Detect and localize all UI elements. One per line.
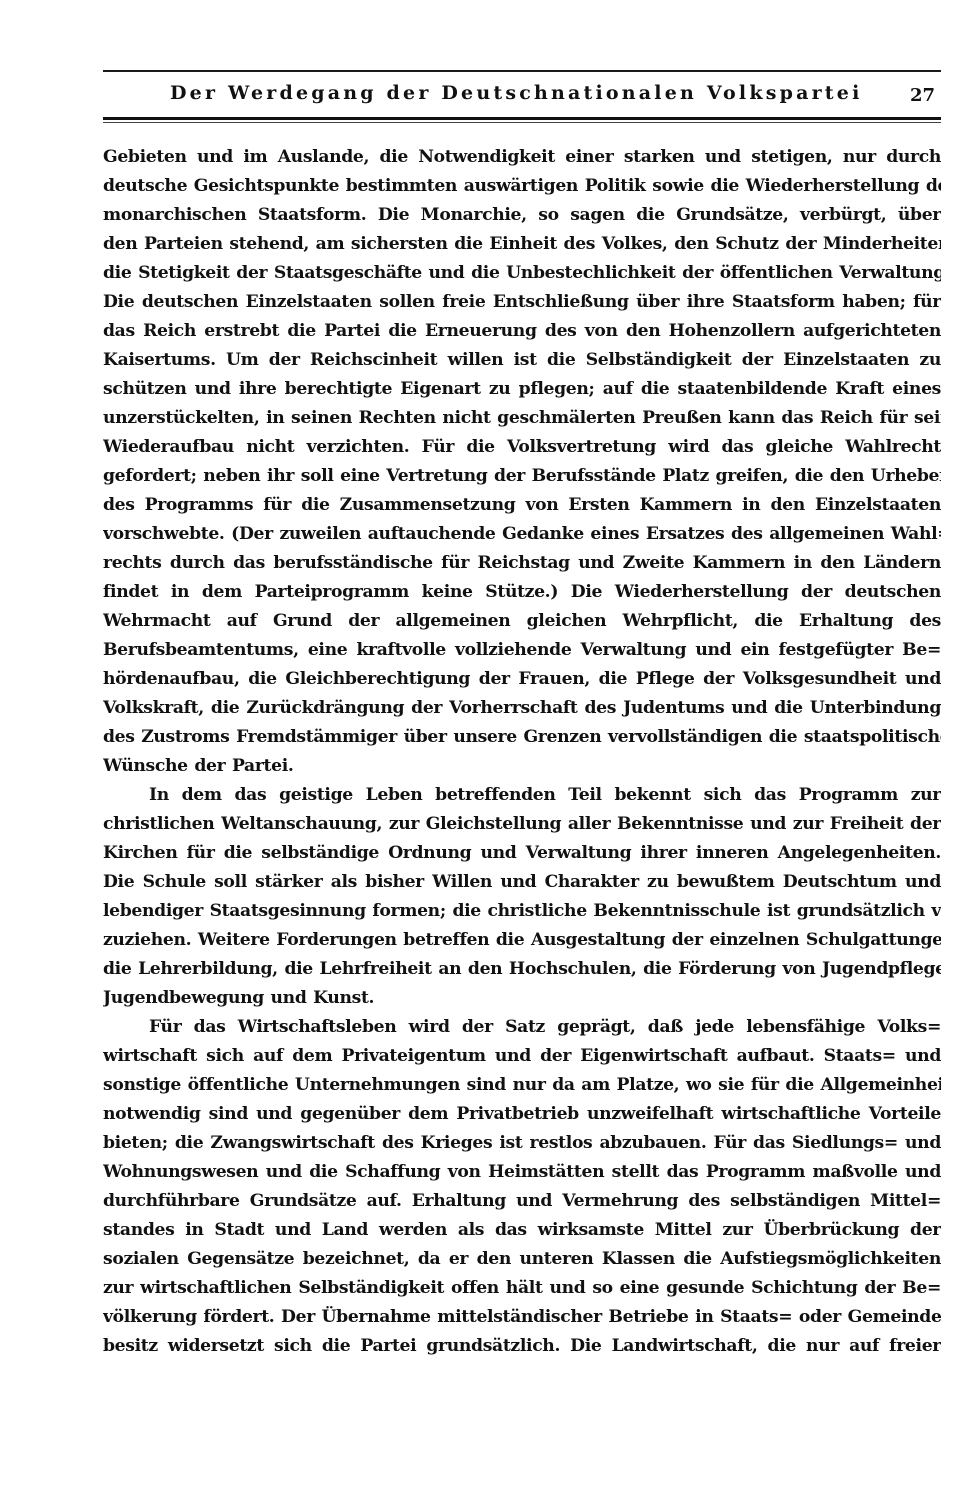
paragraph-3: Für das Wirtschaftsleben wird der Satz g… (103, 1013, 941, 1361)
body-text: Gebieten und im Auslande, die Notwendigk… (103, 143, 941, 1361)
text-line: Berufsbeamtentums, eine kraftvolle vollz… (103, 636, 941, 665)
text-line: vorschwebte. (Der zuweilen auftauchende … (103, 520, 941, 549)
text-line: Wehrmacht auf Grund der allgemeinen glei… (103, 607, 941, 636)
text-line: bieten; die Zwangswirtschaft des Krieges… (103, 1129, 941, 1158)
text-line: besitz widersetzt sich die Partei grunds… (103, 1332, 941, 1361)
paragraph-1: Gebieten und im Auslande, die Notwendigk… (103, 143, 941, 781)
text-line: monarchischen Staatsform. Die Monarchie,… (103, 201, 941, 230)
text-line: durchführbare Grundsätze auf. Erhaltung … (103, 1187, 941, 1216)
text-line: Wohnungswesen und die Schaffung von Heim… (103, 1158, 941, 1187)
running-title: Der Werdegang der Deutschnationalen Volk… (170, 82, 862, 104)
text-line: notwendig sind und gegenüber dem Privatb… (103, 1100, 941, 1129)
text-line: Die deutschen Einzelstaaten sollen freie… (103, 288, 941, 317)
header-bottom-rule-thick (103, 117, 941, 120)
text-line: christlichen Weltanschauung, zur Gleichs… (103, 810, 941, 839)
text-line: den Parteien stehend, am sichersten die … (103, 230, 941, 259)
text-line: zur wirtschaftlichen Selbständigkeit off… (103, 1274, 941, 1303)
text-line: wirtschaft sich auf dem Privateigentum u… (103, 1042, 941, 1071)
text-line: unzerstückelten, in seinen Rechten nicht… (103, 404, 941, 433)
text-line: sozialen Gegensätze bezeichnet, da er de… (103, 1245, 941, 1274)
text-line: die Lehrerbildung, die Lehrfreiheit an d… (103, 955, 941, 984)
text-line: hördenaufbau, die Gleichberechtigung der… (103, 665, 941, 694)
text-line: Kirchen für die selbständige Ordnung und… (103, 839, 941, 868)
header-bottom-rule-thin (103, 122, 941, 123)
text-line: sonstige öffentliche Unternehmungen sind… (103, 1071, 941, 1100)
text-line: findet in dem Parteiprogramm keine Stütz… (103, 578, 941, 607)
text-line: Für das Wirtschaftsleben wird der Satz g… (103, 1013, 941, 1042)
page-number: 27 (910, 85, 935, 106)
text-line: völkerung fördert. Der Übernahme mittels… (103, 1303, 941, 1332)
text-line: das Reich erstrebt die Partei die Erneue… (103, 317, 941, 346)
text-line: deutsche Gesichtspunkte bestimmten auswä… (103, 172, 941, 201)
header-top-rule (103, 70, 941, 72)
text-line: des Zustroms Fremdstämmiger über unsere … (103, 723, 941, 752)
text-line: Die Schule soll stärker als bisher Wille… (103, 868, 941, 897)
text-line: In dem das geistige Leben betreffenden T… (103, 781, 941, 810)
text-line: Wünsche der Partei. (103, 752, 941, 781)
text-line: Volkskraft, die Zurückdrängung der Vorhe… (103, 694, 941, 723)
text-line: Jugendbewegung und Kunst. (103, 984, 941, 1013)
text-line: lebendiger Staatsgesinnung formen; die c… (103, 897, 941, 926)
paragraph-2: In dem das geistige Leben betreffenden T… (103, 781, 941, 1013)
text-line: schützen und ihre berechtigte Eigenart z… (103, 375, 941, 404)
text-line: standes in Stadt und Land werden als das… (103, 1216, 941, 1245)
text-line: die Stetigkeit der Staatsgeschäfte und d… (103, 259, 941, 288)
running-header: Der Werdegang der Deutschnationalen Volk… (103, 80, 941, 112)
text-line: gefordert; neben ihr soll eine Vertretun… (103, 462, 941, 491)
text-line: Wiederaufbau nicht verzichten. Für die V… (103, 433, 941, 462)
text-line: rechts durch das berufsständische für Re… (103, 549, 941, 578)
text-line: zuziehen. Weitere Forderungen betreffen … (103, 926, 941, 955)
text-line: des Programms für die Zusammensetzung vo… (103, 491, 941, 520)
text-line: Gebieten und im Auslande, die Notwendigk… (103, 143, 941, 172)
text-line: Kaisertums. Um der Reichscinheit willen … (103, 346, 941, 375)
